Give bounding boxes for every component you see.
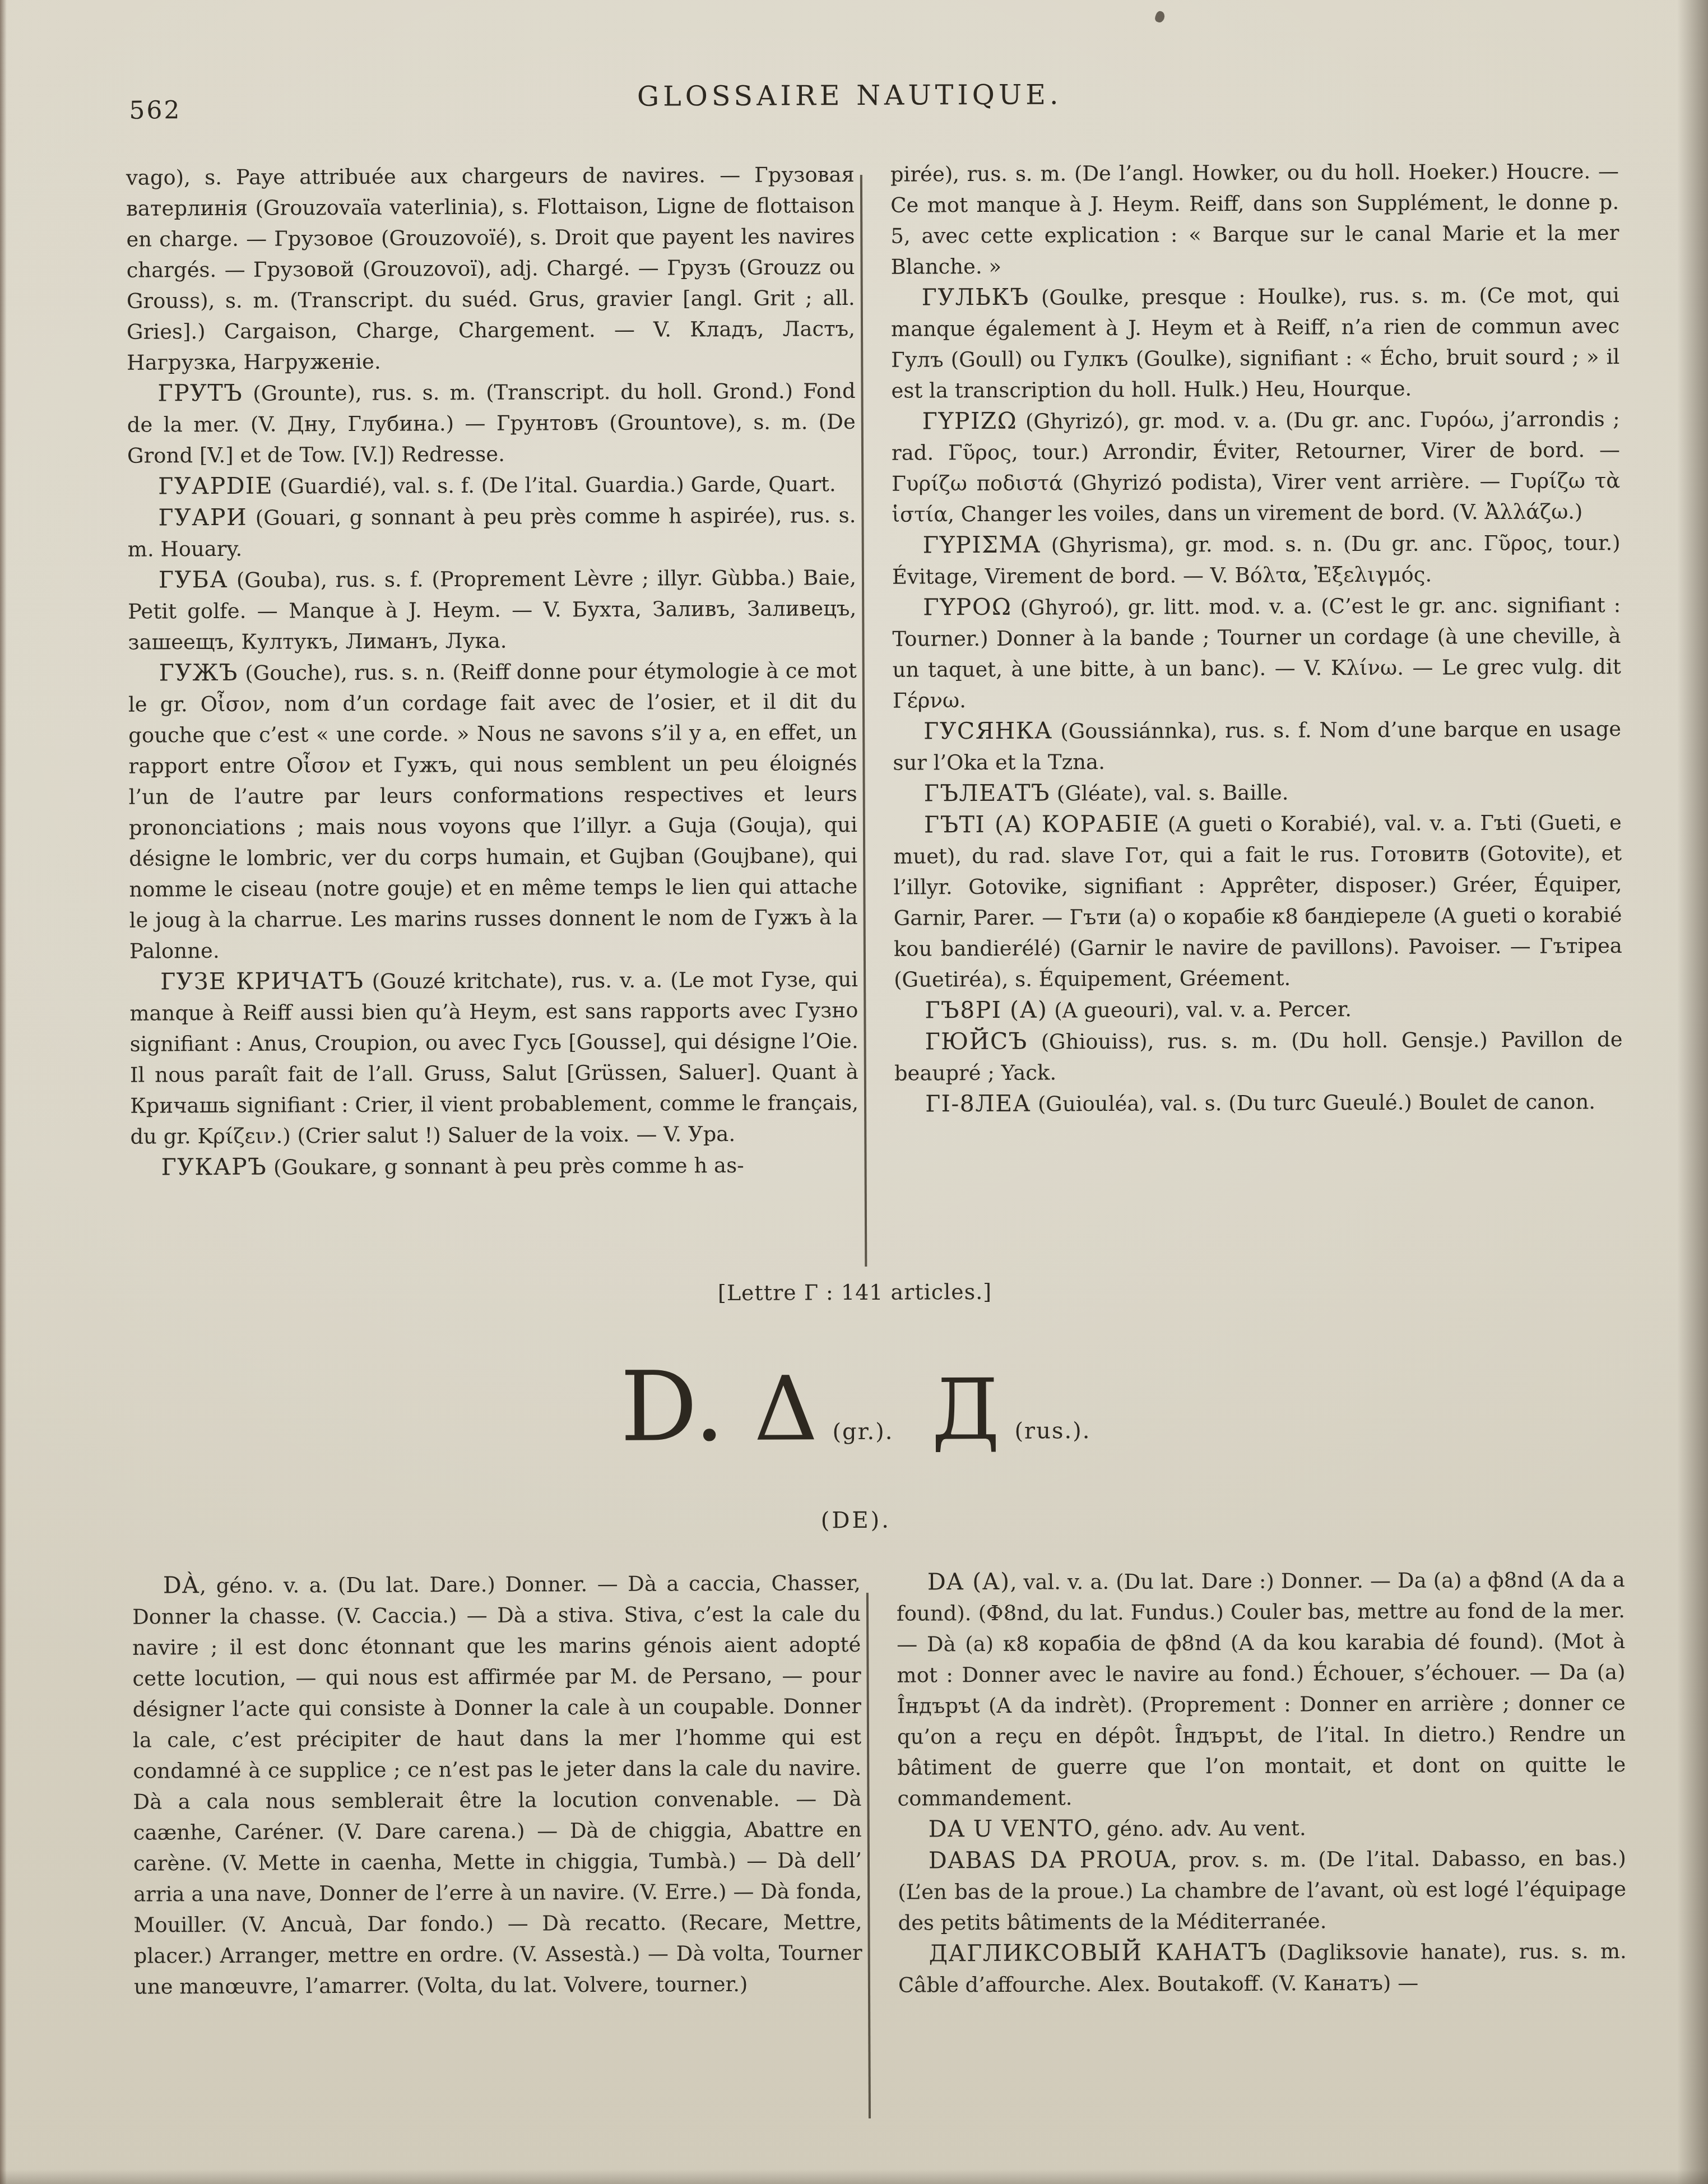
- entry-headword: DA (А): [927, 1568, 1010, 1596]
- entry-text: vago), s. Paye attribuée aux chargeurs d…: [126, 163, 855, 375]
- glossary-entry: ГУАРИ (Gouari, g sonnant à peu près comm…: [127, 499, 856, 565]
- entry-headword: DABAS DA PROUA: [929, 1846, 1171, 1874]
- scan-edge-right: [1677, 0, 1708, 2184]
- heading-letter-russian: Д: [931, 1361, 1000, 1459]
- entry-headword: DA U VENTO: [929, 1815, 1094, 1842]
- entry-headword: ΓΥΡΙΣΜΑ: [923, 531, 1041, 559]
- scan-edge-left: [0, 0, 7, 2184]
- glossary-entry: ГЮЙСЪ (Ghiouiss), rus. s. m. (Du holl. G…: [894, 1023, 1622, 1089]
- entry-text: , géno. adv. Au vent.: [1093, 1816, 1306, 1841]
- scanned-page: 562 GLOSSAIRE NAUTIQUE. vago), s. Paye a…: [0, 0, 1708, 2184]
- running-title: GLOSSAIRE NAUTIQUE.: [0, 76, 1704, 115]
- glossary-entry: ГУЖЪ (Gouche), rus. s. n. (Reiff donne p…: [128, 655, 858, 967]
- entry-headword: ГУАРИ: [158, 504, 247, 531]
- glossary-column-top-right: pirée), rus. s. m. (De l’angl. Howker, o…: [890, 156, 1623, 1120]
- glossary-entry: ΓΥΡΟΩ (Ghyroó), gr. litt. mod. v. a. (C’…: [892, 589, 1621, 716]
- glossary-entry: ГЪ8РІ (А) (A gueouri), val. v. a. Percer…: [894, 992, 1622, 1027]
- glossary-entry: ГЪЛЕАТЪ (Gléate), val. s. Baille.: [893, 775, 1622, 810]
- entry-headword: ГΥΡΙΖΩ: [922, 407, 1018, 435]
- glossary-entry: vago), s. Paye attribuée aux chargeurs d…: [126, 159, 856, 378]
- heading-letter-greek: Δ: [754, 1357, 818, 1460]
- glossary-entry: ГУЛЬКЪ (Goulke, presque : Houlke), rus. …: [891, 279, 1620, 406]
- entry-headword: ДАГЛИКСОВЫЙ КАНАТЪ: [929, 1939, 1267, 1967]
- glossary-entry: ГУКАРЪ (Goukare, g sonnant à peu près co…: [130, 1149, 858, 1184]
- entry-headword: ΓΥΡΟΩ: [923, 593, 1011, 621]
- heading-greek-label: (gr.).: [832, 1419, 893, 1445]
- entry-headword: ГРУТЪ: [157, 379, 243, 407]
- glossary-entry: ГУАРDIE (Guardié), val. s. f. (De l’ital…: [127, 468, 856, 503]
- glossary-entry: DA U VENTO, géno. adv. Au vent.: [898, 1811, 1626, 1845]
- entry-headword: ГУАРDIE: [158, 472, 273, 500]
- glossary-column-top-left: vago), s. Paye attribuée aux chargeurs d…: [126, 159, 859, 1184]
- entry-text: (Gouche), rus. s. n. (Reiff donne pour é…: [128, 659, 858, 963]
- glossary-entry: ДАГЛИКСОВЫЙ КАНАТЪ (Dagliksovie hanate),…: [898, 1935, 1627, 2001]
- entry-text: , géno. v. a. (Du lat. Dare.) Donner. — …: [132, 1571, 862, 1999]
- heading-subtitle: (DE).: [2, 1504, 1708, 1537]
- entry-headword: ГУБА: [159, 566, 228, 593]
- heading-letter-latin: D.: [620, 1350, 725, 1463]
- page-sheet: 562 GLOSSAIRE NAUTIQUE. vago), s. Paye a…: [0, 0, 1708, 2184]
- entry-text: (Guardié), val. s. f. (De l’ital. Guardi…: [273, 472, 836, 498]
- glossary-entry: ГУЗЕ КРИЧАТЪ (Gouzé kritchate), rus. v. …: [129, 963, 858, 1152]
- glossary-entry: DÀ, géno. v. a. (Du lat. Dare.) Donner. …: [132, 1567, 862, 2002]
- scan-edge-bottom: [0, 2169, 1708, 2184]
- entry-text: (Goukare, g sonnant à peu près comme h a…: [267, 1153, 744, 1180]
- glossary-entry: ГУБА (Gouba), rus. s. f. (Proprement Lèv…: [128, 562, 857, 658]
- heading-russian-label: (rus.).: [1014, 1418, 1090, 1444]
- entry-headword: DÀ: [163, 1571, 200, 1598]
- entry-headword: ГЮЙСЪ: [925, 1028, 1028, 1055]
- column-divider-rule-top: [860, 175, 867, 1267]
- entry-text: (A gueouri), val. v. a. Percer.: [1047, 997, 1352, 1022]
- entry-text: pirée), rus. s. m. (De l’angl. Howker, o…: [890, 159, 1619, 279]
- section-close-note: [Lettre Г : 141 articles.]: [1, 1276, 1708, 1308]
- entry-headword: ГУЗЕ КРИЧАТЪ: [160, 967, 364, 995]
- glossary-entry: ГУСЯНКА (Goussiánnka), rus. s. f. Nom d’…: [893, 713, 1621, 778]
- entry-text: , val. v. a. (Du lat. Dare :) Donner. — …: [897, 1568, 1626, 1811]
- entry-headword: ГЪЛЕАТЪ: [924, 779, 1051, 806]
- glossary-column-bottom-left: DÀ, géno. v. a. (Du lat. Dare.) Donner. …: [132, 1567, 862, 2002]
- glossary-column-bottom-right: DA (А), val. v. a. (Du lat. Dare :) Donn…: [897, 1564, 1627, 2001]
- entry-text: (Gléate), val. s. Baille.: [1050, 781, 1289, 806]
- glossary-entry: ГΥΡΙΖΩ (Ghyrizó), gr. mod. v. a. (Du gr.…: [892, 403, 1621, 530]
- entry-headword: ГУКАРЪ: [161, 1153, 267, 1181]
- entry-headword: ГЪТІ (А) КОРАБІЕ: [924, 810, 1160, 838]
- entry-headword: ГУЛЬКЪ: [922, 284, 1029, 311]
- entry-text: (Gouba), rus. s. f. (Proprement Lèvre ; …: [128, 565, 856, 655]
- entry-headword: ГУСЯНКА: [923, 717, 1053, 744]
- entry-headword: ГЪ8РІ (А): [925, 996, 1047, 1023]
- glossary-entry: ГЪТІ (А) КОРАБІЕ (A gueti o Korabié), va…: [893, 806, 1622, 995]
- column-divider-rule-bottom: [866, 1593, 871, 2118]
- entry-headword: ГУЖЪ: [159, 659, 239, 687]
- glossary-entry: DABAS DA PROUA, prov. s. m. (De l’ital. …: [898, 1842, 1627, 1939]
- letter-section-heading: D. Δ (gr.). Д (rus.).: [1, 1346, 1708, 1466]
- glossary-entry: ГРУТЪ (Grounte), rus. s. m. (Transcript.…: [127, 375, 856, 471]
- entry-text: (Guiouléa), val. s. (Du turc Gueulé.) Bo…: [1031, 1089, 1595, 1116]
- glossary-entry: ГІ-8ЛЕА (Guiouléa), val. s. (Du turc Gue…: [894, 1086, 1623, 1120]
- entry-headword: ГІ-8ЛЕА: [925, 1090, 1031, 1117]
- glossary-entry: DA (А), val. v. a. (Du lat. Dare :) Donn…: [897, 1564, 1626, 1814]
- glossary-entry: ΓΥΡΙΣΜΑ (Ghyrisma), gr. mod. s. n. (Du g…: [892, 527, 1621, 592]
- glossary-entry: pirée), rus. s. m. (De l’angl. Howker, o…: [890, 156, 1619, 282]
